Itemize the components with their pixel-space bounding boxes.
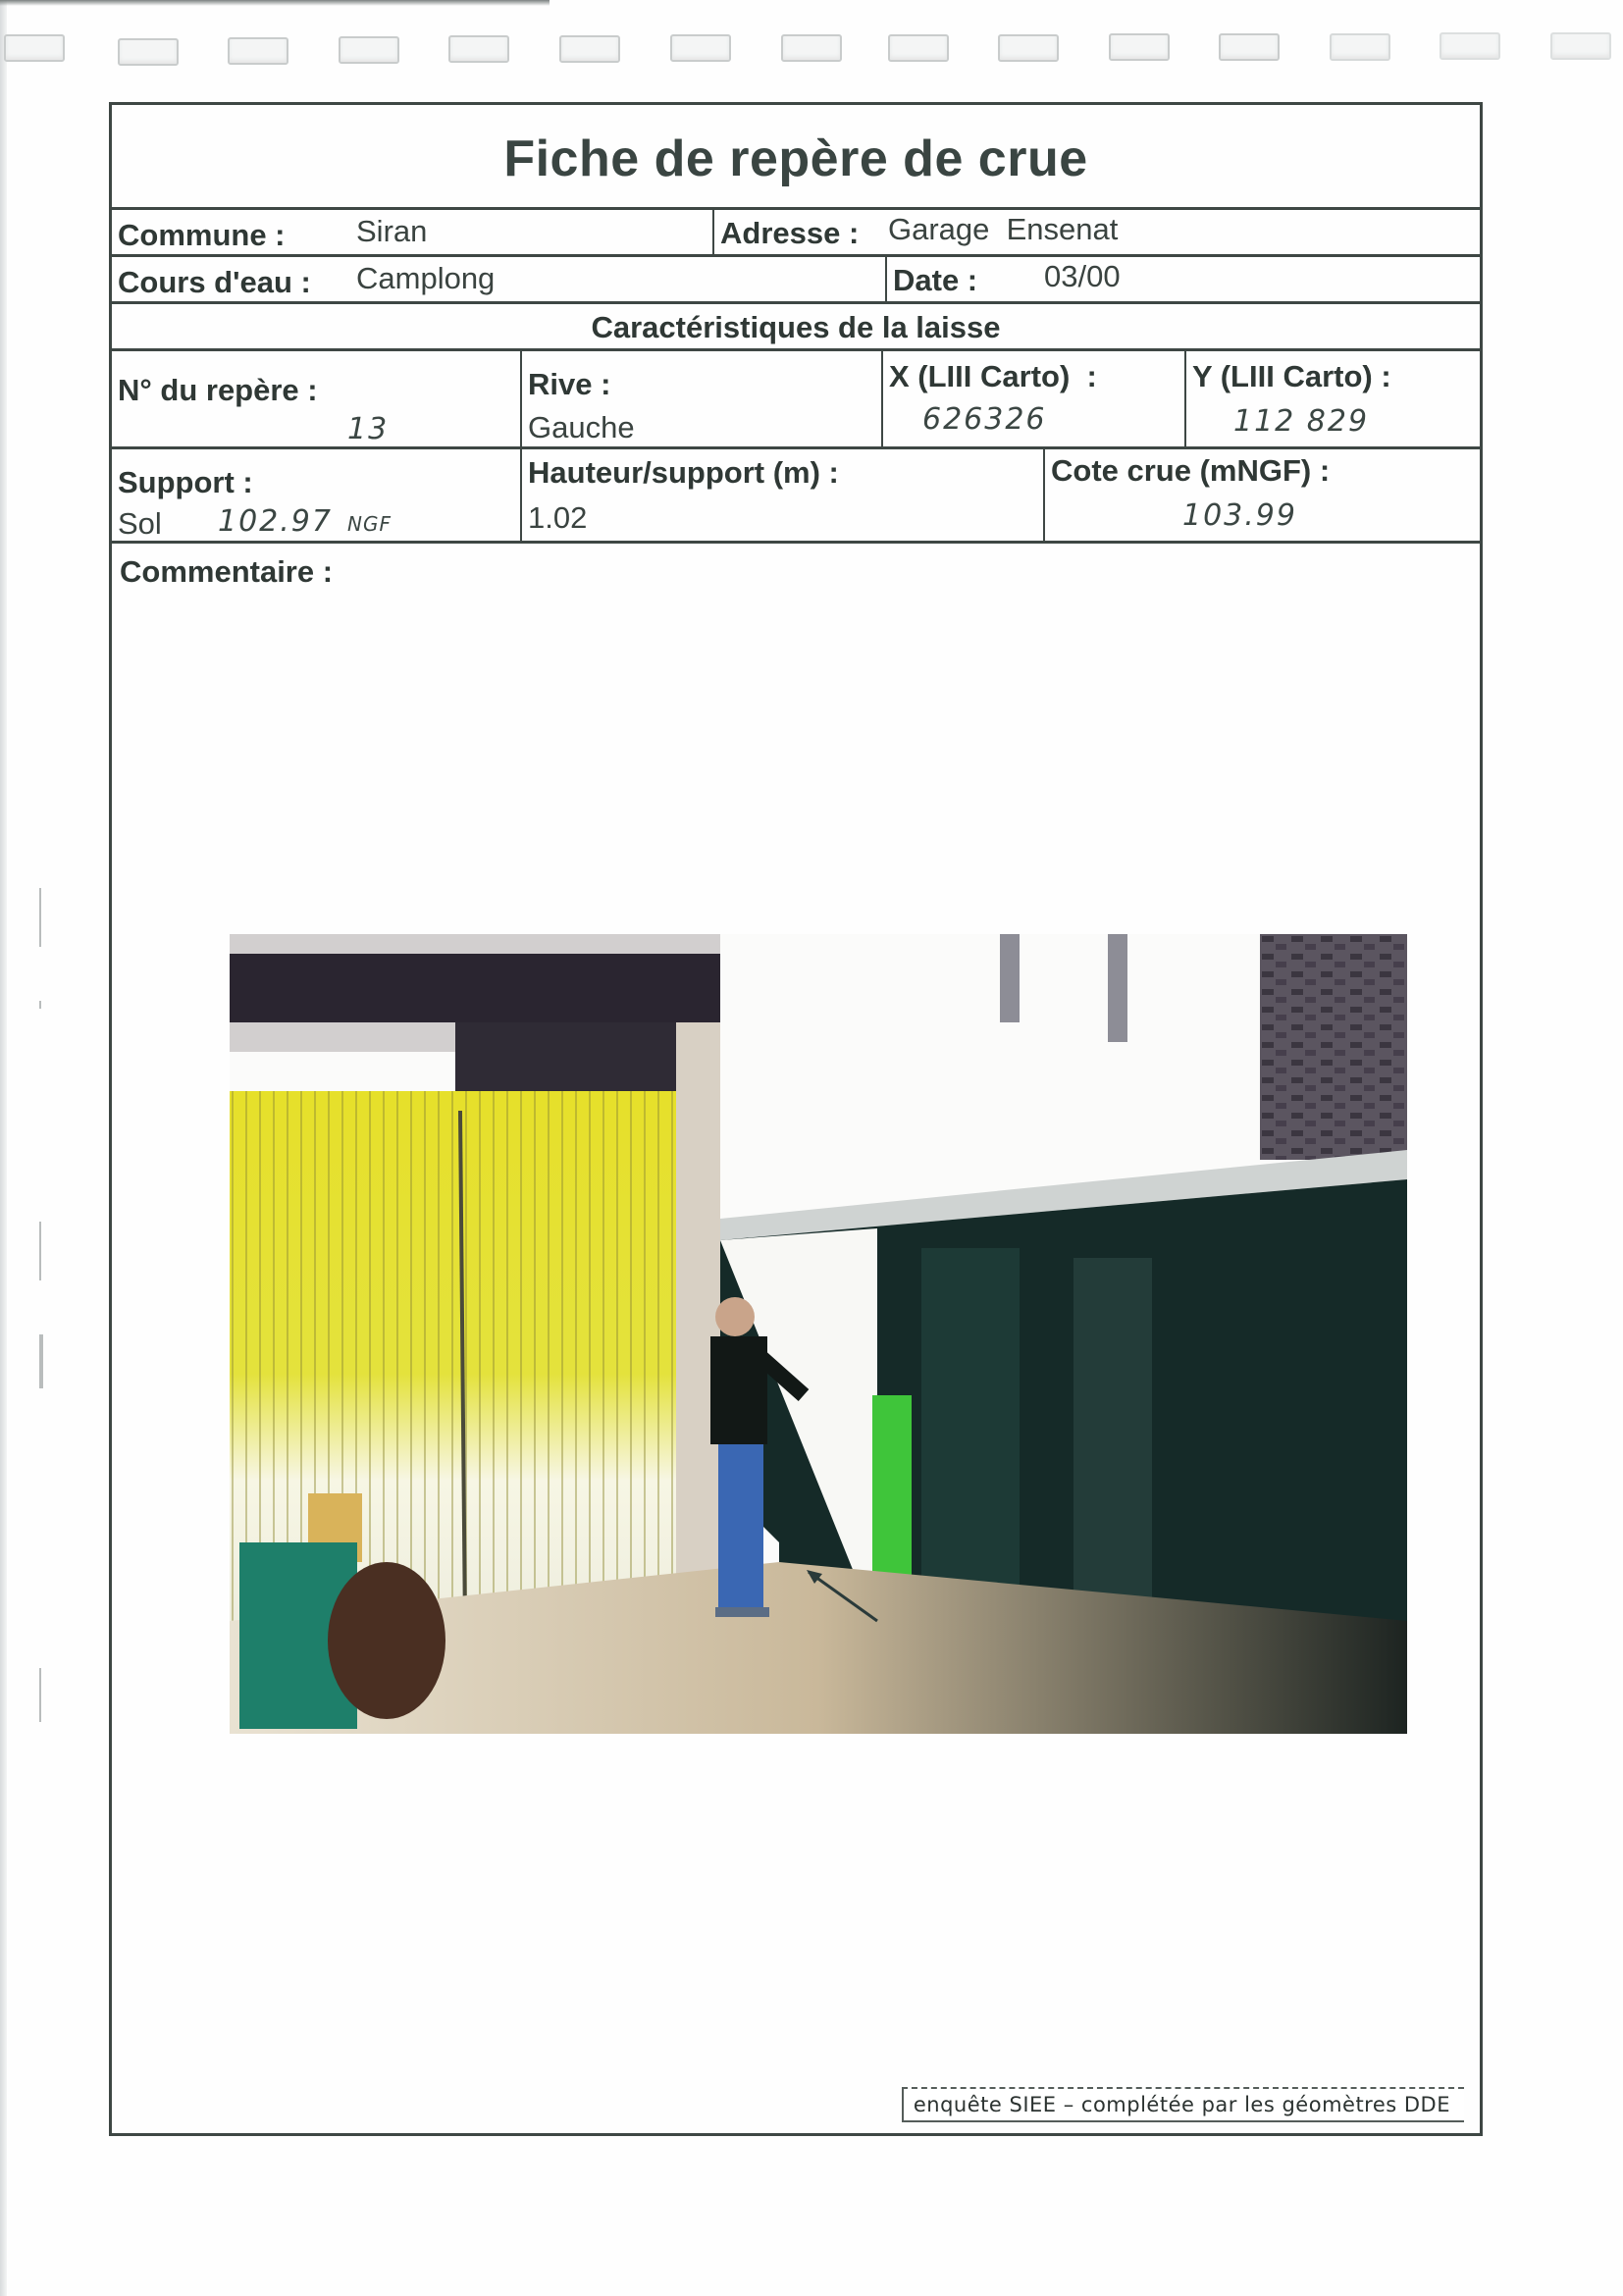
rive-value: Gauche (528, 410, 635, 445)
support-value: Sol (118, 506, 162, 542)
rive-cell: Rive : Gauche (520, 351, 881, 446)
binder-hole (670, 34, 731, 62)
page-title: Fiche de repère de crue (503, 130, 1087, 188)
support-label: Support : (118, 465, 253, 500)
binder-hole (1550, 32, 1611, 60)
repere-value: 13 (347, 412, 389, 446)
binder-hole (781, 34, 842, 62)
binder-hole (998, 34, 1059, 62)
binder-hole (118, 38, 179, 66)
binder-hole (1440, 32, 1500, 60)
repere-cell: N° du repère : 13 (112, 351, 520, 446)
x-coord-cell: X (LIII Carto) : 626326 (881, 351, 1184, 446)
binder-hole (1109, 33, 1170, 61)
date-label: Date : (893, 263, 977, 298)
y-coord-label: Y (LIII Carto) : (1192, 359, 1391, 394)
row-commune-adresse: Commune : Siran Adresse : Garage Ensenat (112, 210, 1480, 257)
section-title: Caractéristiques de la laisse (112, 304, 1480, 348)
binder-hole (228, 37, 288, 65)
scan-top-edge (0, 0, 550, 6)
row-cours-date: Cours d'eau : Camplong Date : 03/00 (112, 257, 1480, 304)
binder-hole (339, 36, 399, 64)
photo-illustration (230, 934, 1407, 1734)
cours-eau-label: Cours d'eau : (118, 265, 311, 300)
flood-mark-photo (230, 934, 1407, 1734)
hauteur-cell: Hauteur/support (m) : 1.02 (520, 449, 1043, 541)
adresse-value: Garage Ensenat (888, 212, 1118, 247)
adresse-cell: Adresse : Garage Ensenat (712, 210, 1480, 254)
cote-value: 103.99 (1182, 498, 1297, 533)
support-unit: NGF (347, 512, 392, 536)
margin-mark (39, 1001, 55, 1009)
binder-hole (559, 35, 620, 63)
rive-label: Rive : (528, 367, 610, 402)
survey-source-note: enquête SIEE – complétée par les géomètr… (902, 2087, 1464, 2122)
commune-value: Siran (356, 214, 427, 249)
margin-mark (39, 888, 55, 947)
row-section-title: Caractéristiques de la laisse (112, 304, 1480, 351)
commentaire-label: Commentaire : (120, 554, 333, 590)
date-value: 03/00 (1044, 259, 1121, 294)
support-cell: Support : Sol 102.97 NGF (112, 449, 520, 541)
row-support: Support : Sol 102.97 NGF Hauteur/support… (112, 449, 1480, 544)
commune-cell: Commune : Siran (112, 210, 712, 254)
y-coord-value: 112 829 (1233, 404, 1369, 439)
cours-eau-cell: Cours d'eau : Camplong (112, 257, 885, 301)
scan-left-edge (0, 0, 7, 2296)
binder-hole (1330, 33, 1390, 61)
x-coord-label: X (LIII Carto) : (889, 359, 1097, 394)
row-repere: N° du repère : 13 Rive : Gauche X (LIII … (112, 351, 1480, 449)
support-altitude: 102.97 (218, 504, 333, 539)
margin-mark (39, 1222, 55, 1280)
repere-label: N° du repère : (118, 373, 318, 408)
x-coord-value: 626326 (922, 402, 1047, 437)
title-box: Fiche de repère de crue (112, 105, 1480, 210)
flood-mark-form: Fiche de repère de crue Commune : Siran … (109, 102, 1483, 2136)
hauteur-label: Hauteur/support (m) : (528, 455, 839, 491)
binder-holes (0, 30, 1623, 60)
cote-label: Cote crue (mNGF) : (1051, 453, 1330, 489)
cote-cell: Cote crue (mNGF) : 103.99 (1043, 449, 1480, 541)
adresse-label: Adresse : (720, 216, 859, 251)
hauteur-value: 1.02 (528, 500, 587, 536)
margin-mark (39, 1668, 55, 1722)
commune-label: Commune : (118, 218, 286, 253)
cours-eau-value: Camplong (356, 261, 495, 296)
binder-hole (448, 35, 509, 63)
date-cell: Date : 03/00 (885, 257, 1480, 301)
y-coord-cell: Y (LIII Carto) : 112 829 (1184, 351, 1480, 446)
binder-hole (4, 34, 65, 62)
binder-hole (888, 34, 949, 62)
binder-hole (1219, 33, 1280, 61)
margin-mark (39, 1334, 57, 1388)
